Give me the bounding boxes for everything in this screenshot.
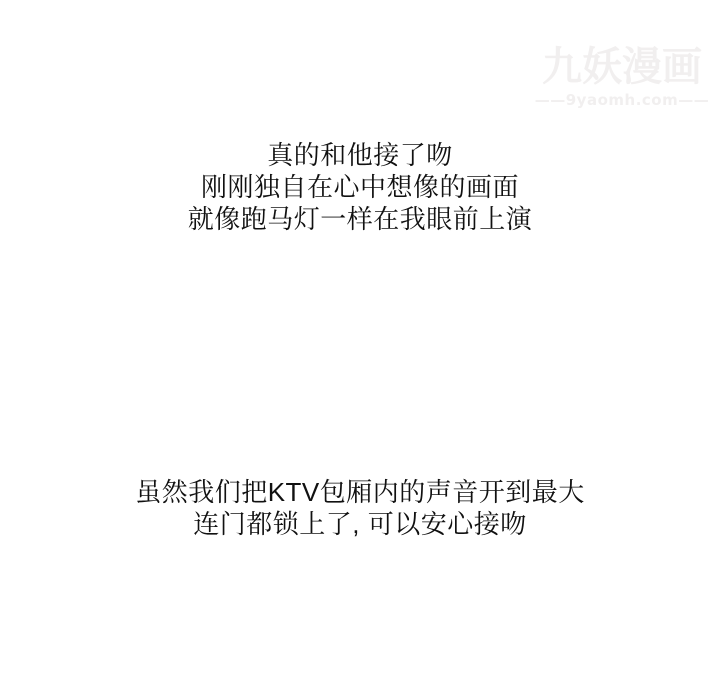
narration-bottom-line-1: 虽然我们把KTV包厢内的声音开到最大 [0, 476, 720, 508]
narration-top-line-3: 就像跑马灯一样在我眼前上演 [0, 203, 720, 235]
comic-page: 九妖漫画 ——9yaomh.com—— 真的和他接了吻 刚刚独自在心中想像的画面… [0, 0, 720, 700]
narration-bottom-line-2: 连门都锁上了, 可以安心接吻 [0, 508, 720, 540]
narration-top: 真的和他接了吻 刚刚独自在心中想像的画面 就像跑马灯一样在我眼前上演 [0, 139, 720, 235]
narration-top-line-1: 真的和他接了吻 [0, 139, 720, 171]
watermark-url: ——9yaomh.com—— [532, 91, 712, 109]
narration-bottom: 虽然我们把KTV包厢内的声音开到最大 连门都锁上了, 可以安心接吻 [0, 476, 720, 540]
watermark-logo: 九妖漫画 [532, 46, 712, 88]
narration-top-line-2: 刚刚独自在心中想像的画面 [0, 171, 720, 203]
watermark: 九妖漫画 ——9yaomh.com—— [532, 46, 712, 109]
